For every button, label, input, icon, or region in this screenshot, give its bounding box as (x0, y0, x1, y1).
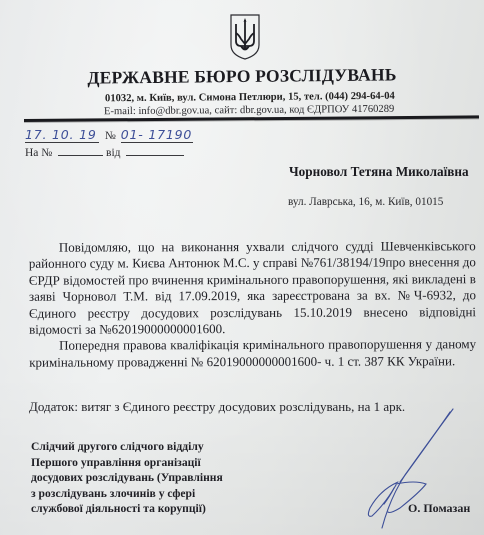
body-paragraph: Попередня правова кваліфікація криміналь… (29, 337, 476, 371)
org-address: 01032, м. Київ, вул. Симона Петлюри, 15,… (105, 91, 395, 105)
signer-position-line: службової діяльності та корупції) (31, 501, 223, 517)
reply-date-blank (126, 144, 184, 156)
body-paragraph: Повідомляю, що на виконання ухвали слідч… (29, 238, 476, 338)
org-contacts: E-mail: info@dbr.gov.ua, сайт: dbr.gov.u… (104, 104, 394, 118)
number-label: № (105, 130, 116, 142)
signer-position-line: Першого управління організації (31, 455, 223, 471)
signer-position-line: досудових розслідувань (Управління (31, 470, 223, 486)
recipient-name: Чорновол Тетяна Миколаївна (289, 164, 469, 180)
letter-body: Повідомляю, що на виконання ухвали слідч… (29, 238, 476, 371)
recipient-address: вул. Лаврська, 16, м. Київ, 01015 (288, 196, 443, 208)
outgoing-reference: 17. 10. 19 № 01- 17190 (25, 127, 193, 143)
org-title: ДЕРЖАВНЕ БЮРО РОЗСЛІДУВАНЬ (0, 63, 484, 89)
reply-from-label: від (106, 147, 120, 159)
outgoing-date: 17. 10. 19 (25, 127, 99, 143)
incoming-reference: На № від (25, 144, 184, 159)
signer-position-line: з розслідувань злочинів у сфері (31, 486, 223, 502)
signer-name: О. Помазан (408, 501, 470, 516)
reply-number-blank (58, 144, 103, 156)
signer-position: Слідчий другого слідчого відділу Першого… (31, 439, 223, 517)
letterhead-divider (24, 115, 479, 122)
outgoing-number: 01- 17190 (121, 127, 193, 143)
trident-coat-of-arms-icon (229, 13, 261, 61)
signer-position-line: Слідчий другого слідчого відділу (31, 439, 223, 455)
reply-number-label: На № (25, 147, 52, 159)
